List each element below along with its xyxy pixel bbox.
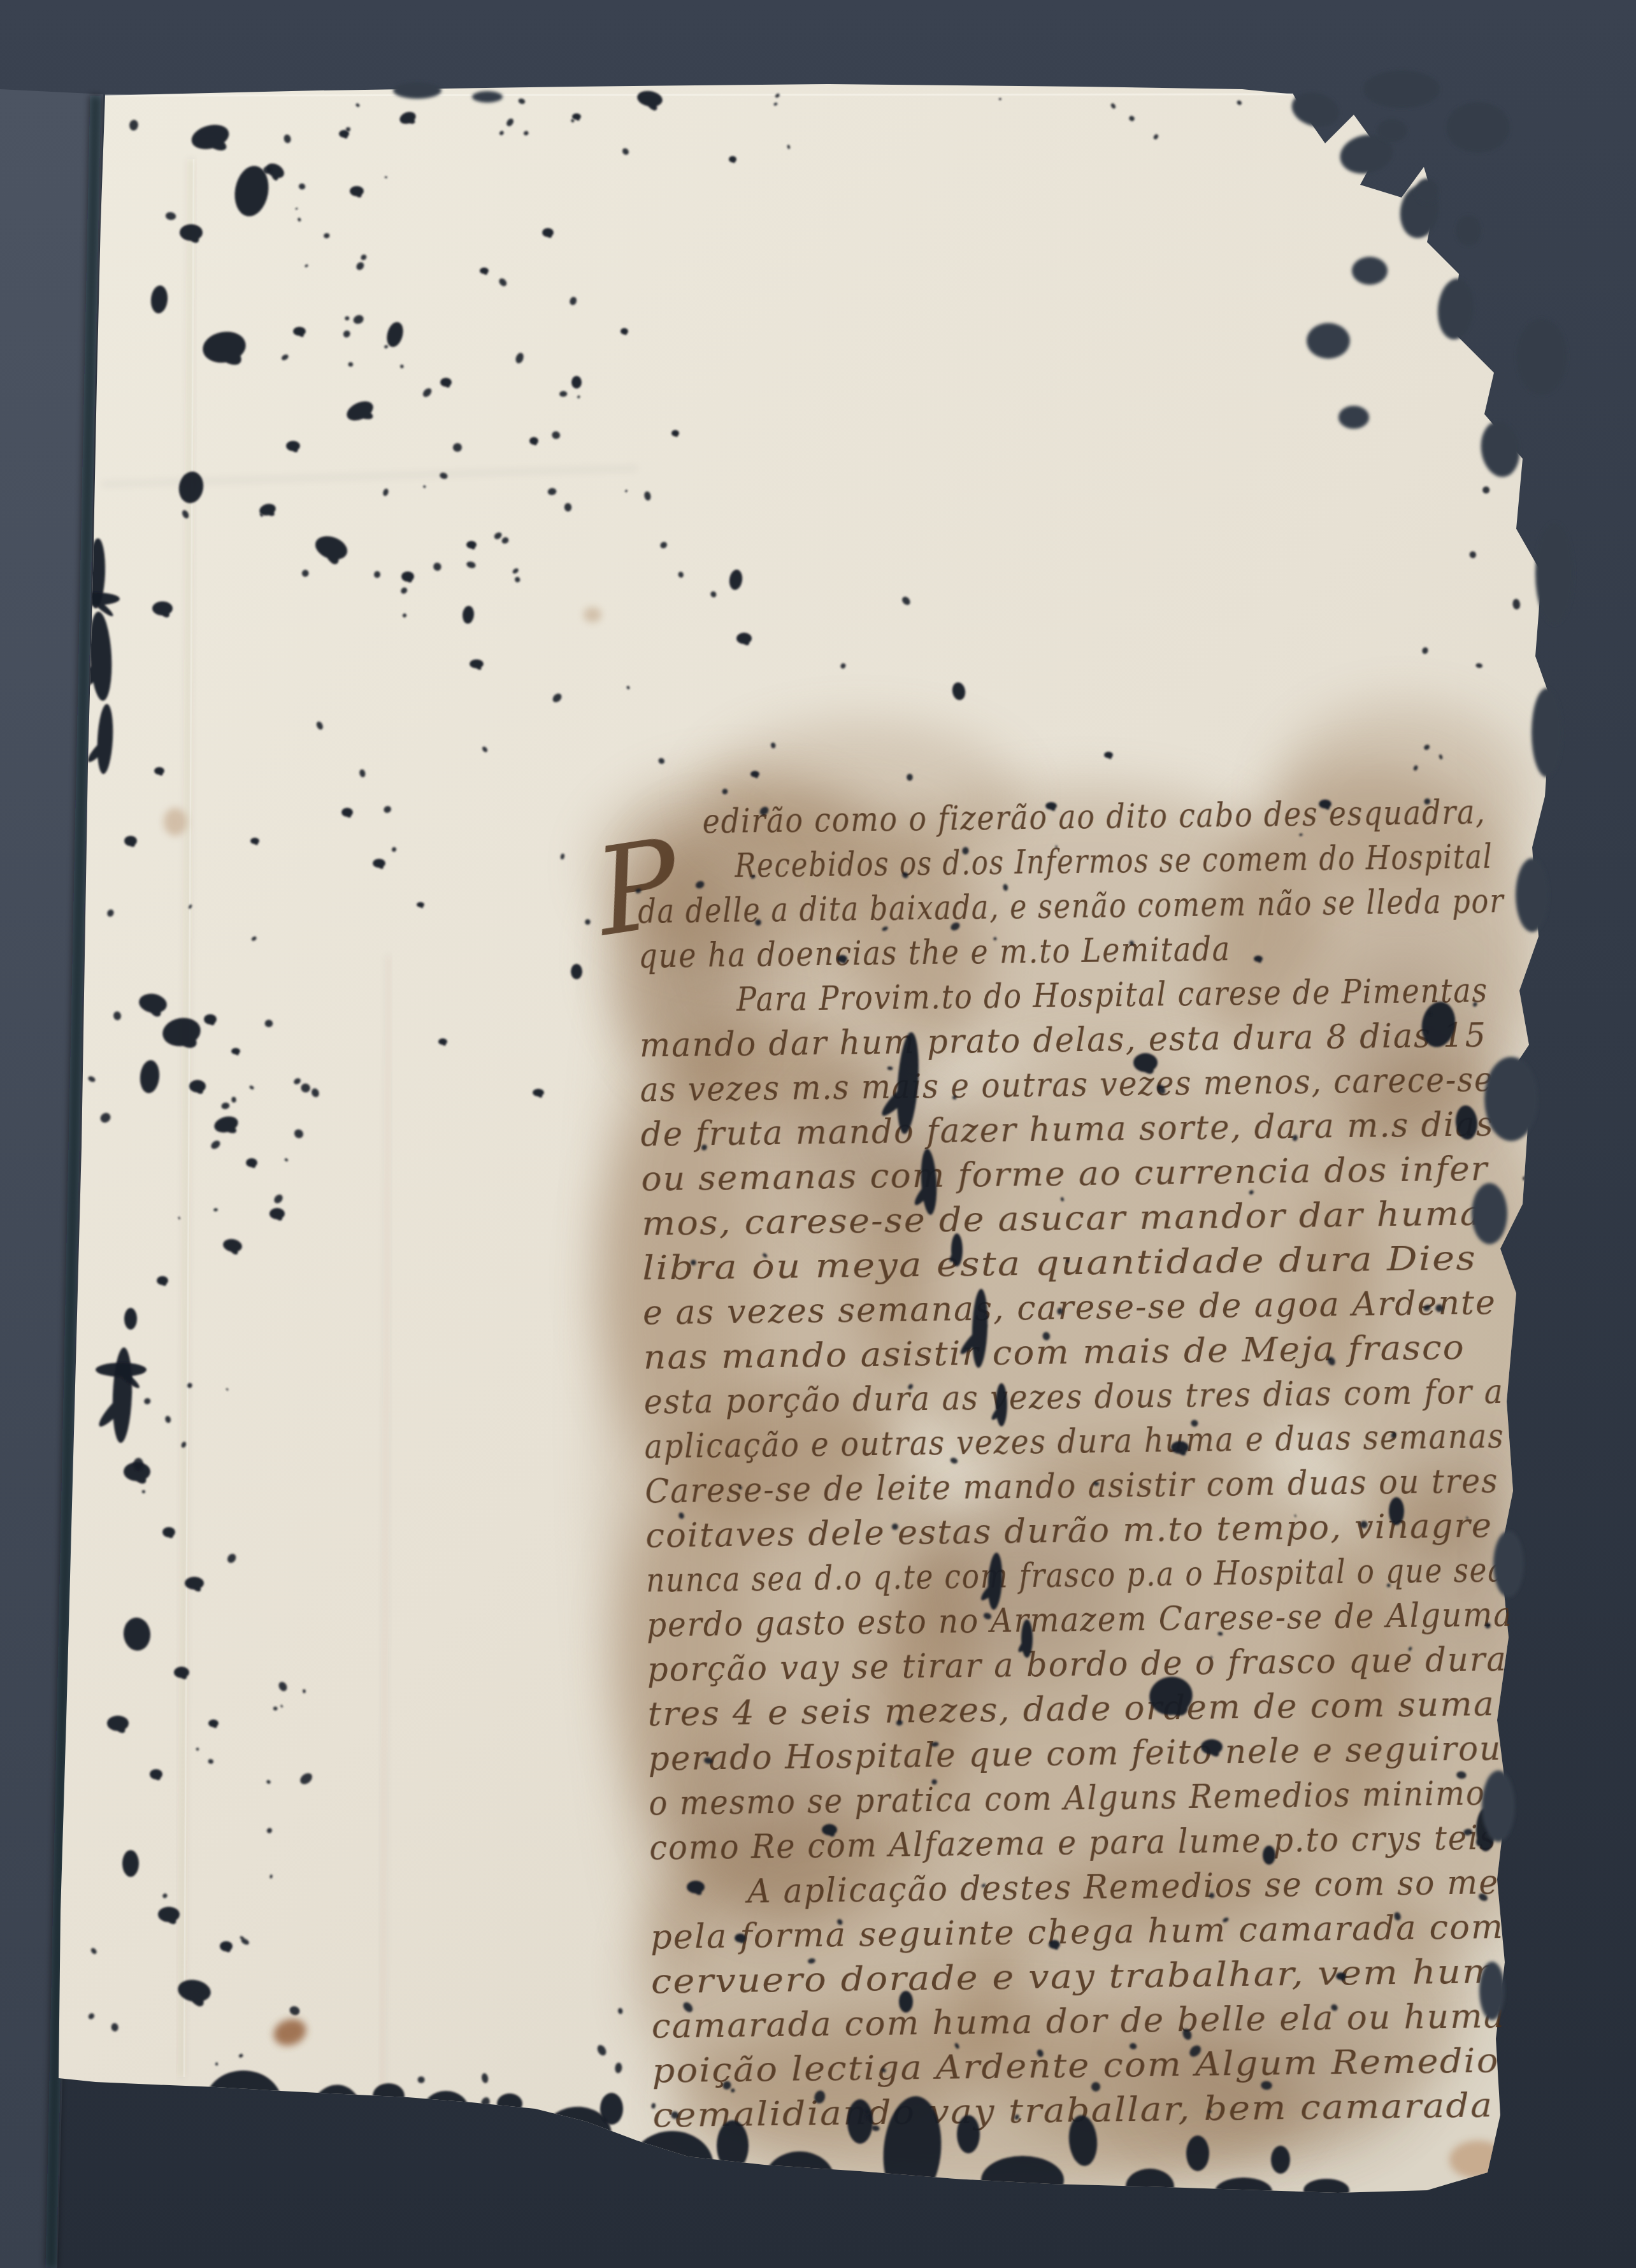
edge-loss <box>1532 688 1562 777</box>
ink-speck <box>999 98 1001 100</box>
edge-loss <box>393 82 441 99</box>
edge-loss <box>1456 215 1481 246</box>
edge-loss <box>1416 178 1439 204</box>
manuscript-photo: Pedirão como o fizerão ao dito cabo des … <box>0 0 1636 2268</box>
rust-smudge <box>164 808 187 836</box>
edge-loss <box>1472 1183 1507 1244</box>
ink-blot <box>122 1850 139 1877</box>
edge-loss <box>1338 406 1369 429</box>
ink-speck <box>907 773 913 780</box>
edge-loss <box>1307 323 1350 359</box>
edge-loss <box>1363 70 1440 108</box>
manuscript-scan: Pedirão como o fizerão ao dito cabo des … <box>0 0 1636 2268</box>
rust-smudge <box>584 607 601 622</box>
edge-loss <box>1479 1962 1505 2020</box>
edge-loss <box>472 91 503 103</box>
edge-loss <box>1516 858 1549 932</box>
edge-loss <box>1535 522 1574 624</box>
edge-loss <box>1484 1057 1538 1141</box>
edge-loss <box>1352 257 1388 285</box>
paper-top-edge-highlight <box>105 94 1293 96</box>
edge-loss <box>1493 1531 1524 1597</box>
edge-loss <box>1516 319 1567 395</box>
edge-loss <box>1377 119 1407 142</box>
edge-loss <box>1482 1770 1515 1842</box>
manuscript-line: que ha doencias the e m.to Lemitada <box>638 930 1231 975</box>
ink-blot <box>957 2115 980 2153</box>
edge-loss <box>1446 102 1510 153</box>
